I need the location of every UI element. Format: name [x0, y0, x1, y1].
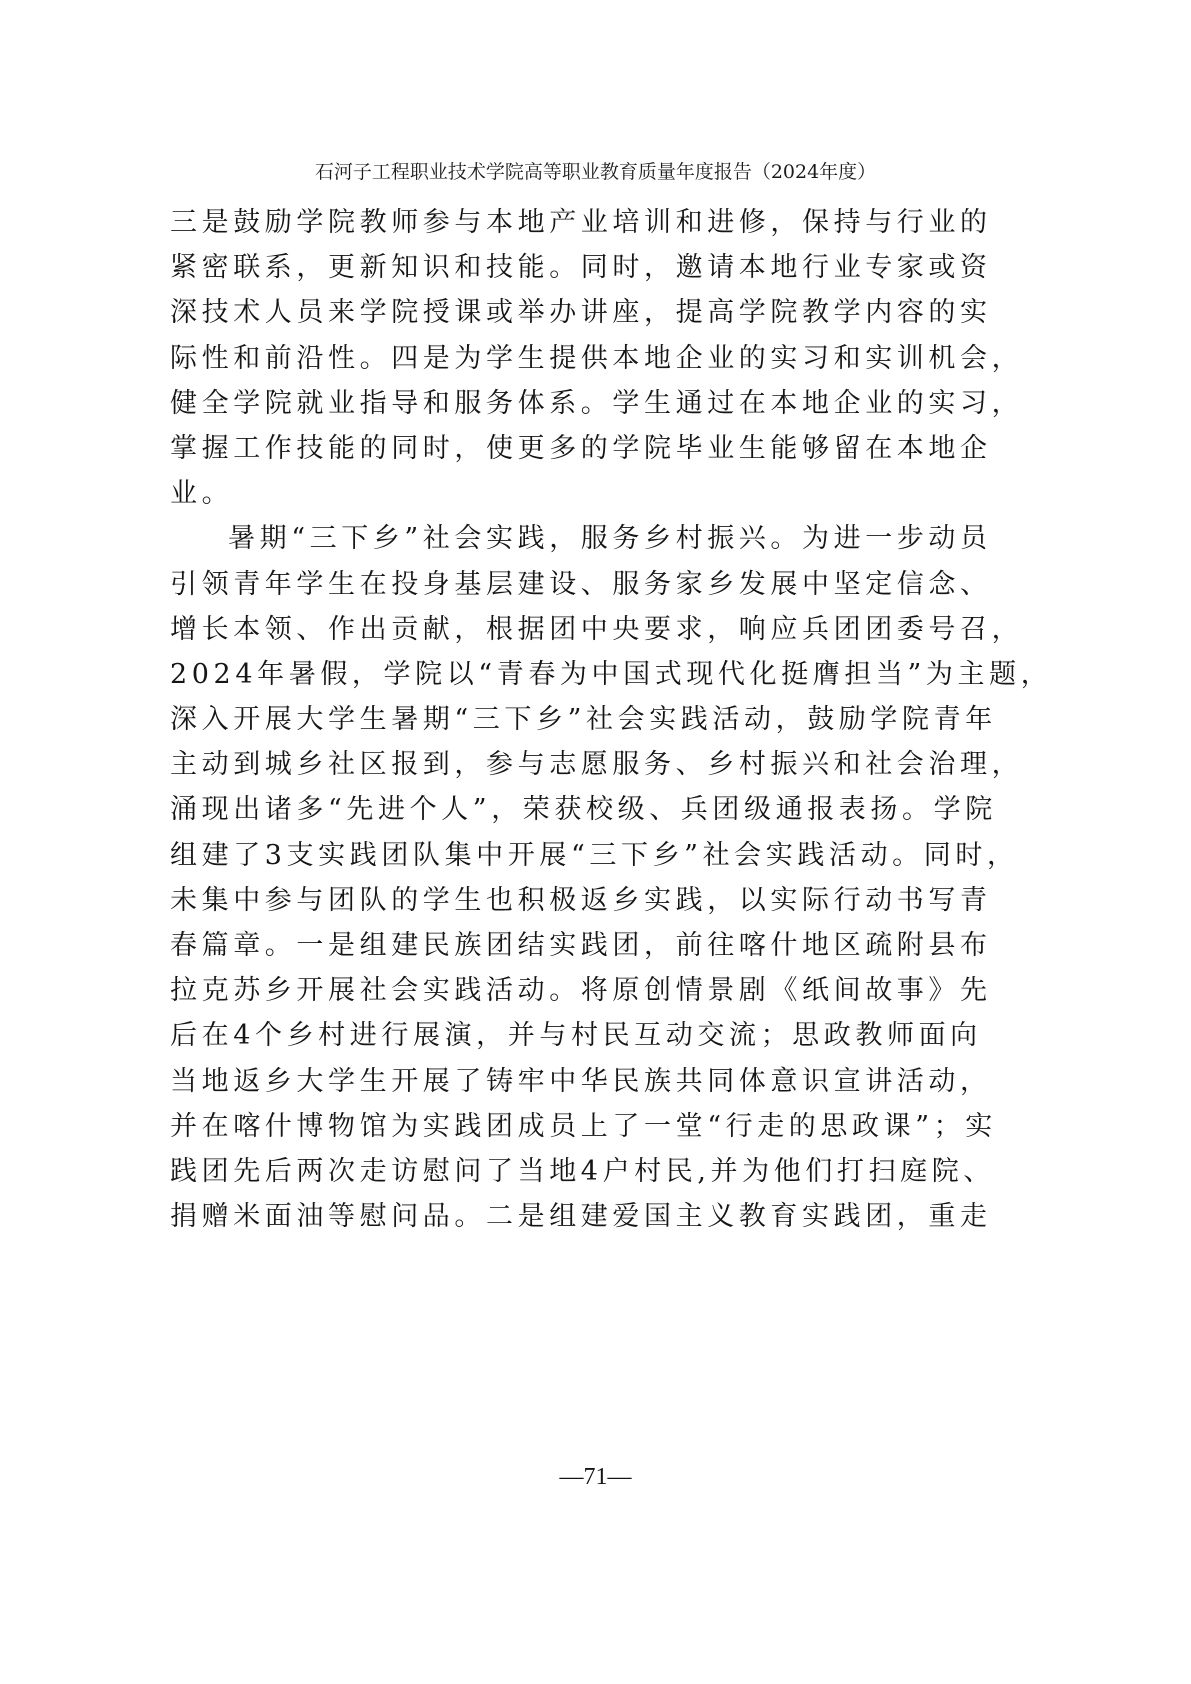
text-line: 践团先后两次走访慰问了当地4户村民,并为他们打扫庭院、 [170, 1149, 1030, 1194]
text-line: 健全学院就业指导和服务体系。学生通过在本地企业的实习， [170, 381, 1030, 426]
text-line: 深入开展大学生暑期“三下乡”社会实践活动，鼓励学院青年 [170, 697, 1030, 742]
text-line: 业。 [170, 471, 1030, 516]
text-line: 深技术人员来学院授课或举办讲座，提高学院教学内容的实 [170, 290, 1030, 335]
text-line: 引领青年学生在投身基层建设、服务家乡发展中坚定信念、 [170, 562, 1030, 607]
text-line: 后在4个乡村进行展演，并与村民互动交流；思政教师面向 [170, 1013, 1030, 1058]
text-line: 三是鼓励学院教师参与本地产业培训和进修，保持与行业的 [170, 200, 1030, 245]
text-line: 掌握工作技能的同时，使更多的学院毕业生能够留在本地企 [170, 426, 1030, 471]
text-line: 未集中参与团队的学生也积极返乡实践，以实际行动书写青 [170, 878, 1030, 923]
text-line: 涌现出诸多“先进个人”，荣获校级、兵团级通报表扬。学院 [170, 787, 1030, 832]
text-line: 紧密联系，更新知识和技能。同时，邀请本地行业专家或资 [170, 245, 1030, 290]
body-text: 三是鼓励学院教师参与本地产业培训和进修，保持与行业的 紧密联系，更新知识和技能。… [170, 200, 1030, 1239]
report-title: 石河子工程职业技术学院高等职业教育质量年度报告（2024年度） [315, 161, 876, 183]
text-line: 增长本领、作出贡献，根据团中央要求，响应兵团团委号召， [170, 607, 1030, 652]
text-line: 组建了3支实践团队集中开展“三下乡”社会实践活动。同时， [170, 833, 1030, 878]
text-line: 并在喀什博物馆为实践团成员上了一堂“行走的思政课”；实 [170, 1104, 1030, 1149]
text-line: 当地返乡大学生开展了铸牢中华民族共同体意识宣讲活动， [170, 1059, 1030, 1104]
page-number-label: —71— [560, 1464, 632, 1490]
text-line: 2024年暑假，学院以“青春为中国式现代化挺膺担当”为主题， [170, 652, 1030, 697]
text-line: 拉克苏乡开展社会实践活动。将原创情景剧《纸间故事》先 [170, 968, 1030, 1013]
page-number: —71— [0, 1462, 1191, 1492]
text-line: 捐赠米面油等慰问品。二是组建爱国主义教育实践团，重走 [170, 1194, 1030, 1239]
paragraph-start-line: 暑期“三下乡”社会实践，服务乡村振兴。为进一步动员 [170, 516, 1030, 561]
page-header: 石河子工程职业技术学院高等职业教育质量年度报告（2024年度） [0, 158, 1191, 186]
text-line: 主动到城乡社区报到，参与志愿服务、乡村振兴和社会治理， [170, 742, 1030, 787]
text-line: 春篇章。一是组建民族团结实践团，前往喀什地区疏附县布 [170, 923, 1030, 968]
text-line: 际性和前沿性。四是为学生提供本地企业的实习和实训机会， [170, 336, 1030, 381]
